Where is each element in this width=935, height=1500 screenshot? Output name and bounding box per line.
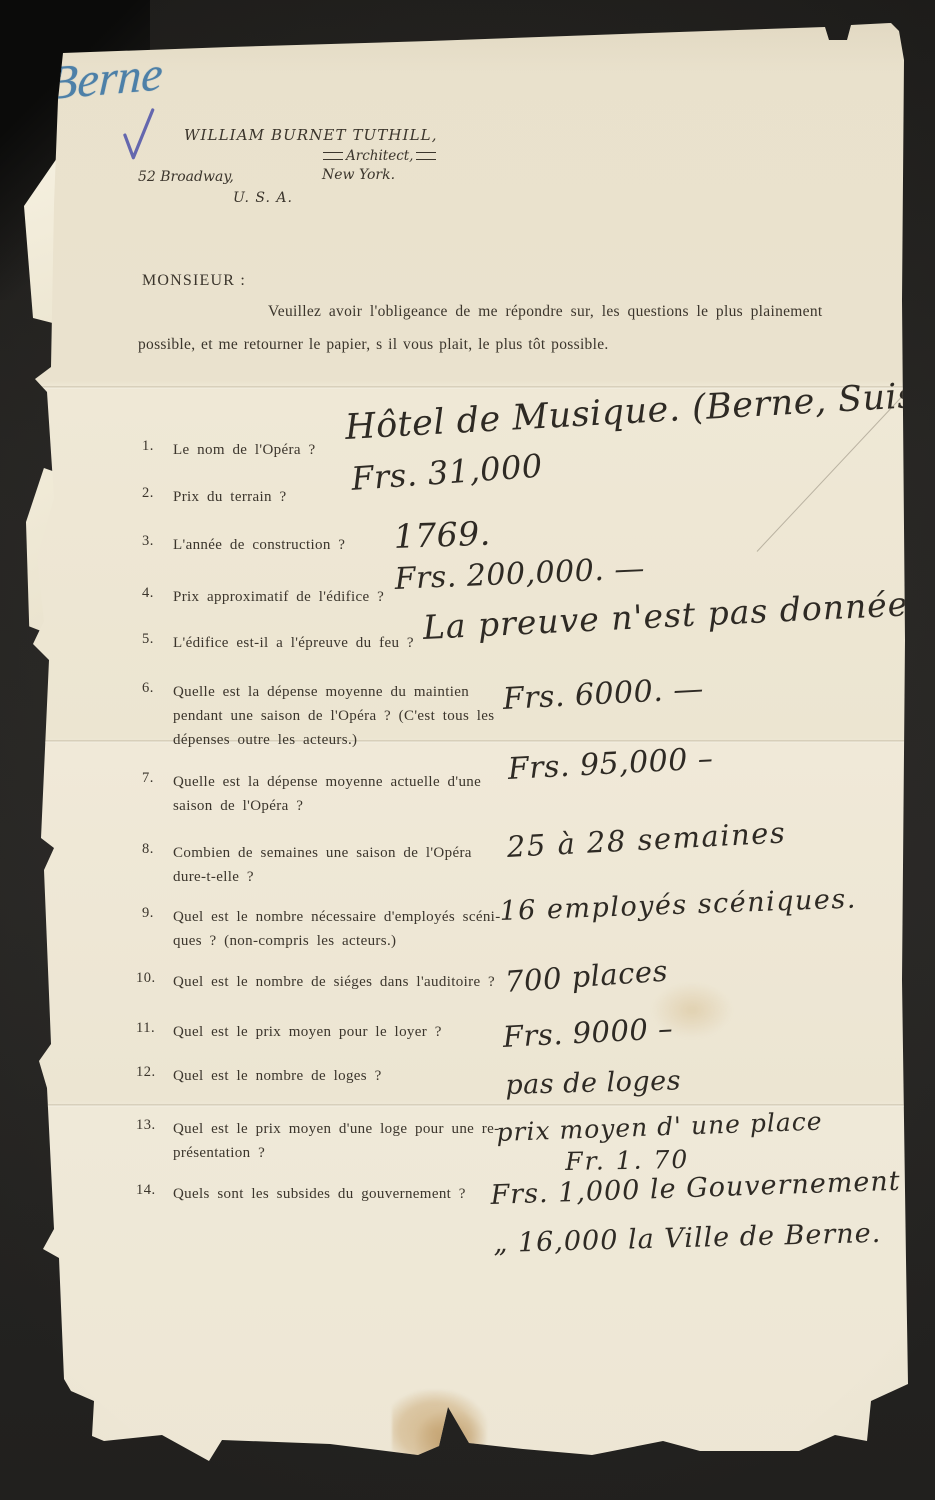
question-text-line: Quel est le nombre de siéges dans l'audi… [173,970,495,994]
answer-handwriting: Frs. 95,000 – [507,741,714,787]
letterhead-country: U. S. A. [233,190,293,206]
question-row: 14. Quels sont les subsides du gouvernem… [136,1182,466,1206]
question-number: 2. [142,485,168,509]
question-row: 11. Quel est le prix moyen pour le loyer… [136,1020,442,1044]
question-text-line: Quelle est la dépense moyenne du maintie… [173,680,494,704]
answer-handwriting: Fr. 1. 70 [565,1145,690,1176]
question-number: 8. [142,841,168,889]
question-number: 5. [142,631,168,655]
letterhead-title-row: Architect, [320,148,439,164]
question-number: 4. [142,585,168,609]
question-text-line: Quel est le prix moyen pour le loyer ? [173,1020,442,1044]
letterhead-street: 52 Broadway, [138,169,234,185]
question-number: 12. [136,1064,168,1088]
answer-handwriting: Hôtel de Musique. (Berne, Suisse) [344,373,935,448]
answer-handwriting: 25 à 28 semaines [506,815,787,864]
location-note-handwriting: Berne [47,46,164,111]
question-number: 9. [142,905,168,953]
answer-handwriting: Frs. 9000 – [502,1011,674,1054]
intro-line: Veuillez avoir l'obligeance de me répond… [268,303,823,321]
question-text-line: L'édifice est-il a l'épreuve du feu ? [173,631,414,655]
question-text-line: Combien de semaines une saison de l'Opér… [173,841,472,865]
salutation: MONSIEUR : [142,272,246,290]
question-text-line: dépenses outre les acteurs.) [173,728,494,752]
answer-handwriting: 700 places [504,954,669,999]
answer-handwriting: La preuve n'est pas donnée [422,584,909,647]
question-text-line: ques ? (non-compris les acteurs.) [173,929,501,953]
answer-handwriting: 1769. [393,514,491,556]
answer-handwriting: 16 employés scéniques. [499,884,857,927]
question-number: 14. [136,1182,168,1206]
question-text-line: Quel est le nombre nécessaire d'employés… [173,905,501,929]
question-text-line: Quel est le nombre de loges ? [173,1064,382,1088]
question-row: 9. Quel est le nombre nécessaire d'emplo… [142,905,501,953]
double-rule [323,152,343,160]
answer-handwriting: Frs. 6000. — [502,671,705,716]
double-rule [416,152,436,160]
question-text-line: dure-t-elle ? [173,865,472,889]
question-text-line: Quelle est la dépense moyenne actuelle d… [173,770,481,794]
checkmark-icon [120,105,156,163]
question-row: 10. Quel est le nombre de siéges dans l'… [136,970,495,994]
letter-paper: Berne WILLIAM BURNET TUTHILL, Architect,… [0,0,935,1500]
question-number: 6. [142,680,168,752]
question-text-line: Quels sont les subsides du gouvernement … [173,1182,466,1206]
question-row: 5. L'édifice est-il a l'épreuve du feu ? [142,631,414,655]
question-number: 7. [142,770,168,818]
answer-handwriting: Frs. 1,000 le Gouvernement [490,1166,901,1211]
stain [392,1390,487,1470]
letterhead-name: WILLIAM BURNET TUTHILL, [184,126,438,144]
question-number: 13. [136,1117,168,1165]
answer-handwriting: Frs. 200,000. — [394,551,646,597]
scanned-document-page: Berne WILLIAM BURNET TUTHILL, Architect,… [0,0,935,1500]
question-text-line: L'année de construction ? [173,533,345,557]
question-number: 11. [136,1020,168,1044]
question-text-line: Prix du terrain ? [173,485,287,509]
question-row: 8. Combien de semaines une saison de l'O… [142,841,472,889]
question-row: 1. Le nom de l'Opéra ? [142,438,315,462]
answer-handwriting: prix moyen d' une place [496,1107,823,1147]
answer-handwriting: Frs. 31,000 [350,447,544,498]
question-number: 1. [142,438,168,462]
question-text-line: Le nom de l'Opéra ? [173,438,315,462]
question-number: 10. [136,970,168,994]
intro-line: possible, et me retourner le papier, s i… [138,336,609,354]
question-text-line: Quel est le prix moyen d'une loge pour u… [173,1117,499,1141]
letterhead-city: New York. [322,167,395,183]
question-row: 2. Prix du terrain ? [142,485,287,509]
fold-crease [42,1104,904,1107]
question-text-line: Prix approximatif de l'édifice ? [173,585,384,609]
question-row: 7. Quelle est la dépense moyenne actuell… [142,770,481,818]
answer-handwriting: pas de loges [505,1065,681,1101]
question-row: 6. Quelle est la dépense moyenne du main… [142,680,494,752]
question-row: 3. L'année de construction ? [142,533,345,557]
answer-handwriting: „ 16,000 la Ville de Berne. [493,1218,882,1259]
question-row: 4. Prix approximatif de l'édifice ? [142,585,384,609]
question-text-line: présentation ? [173,1141,499,1165]
question-number: 3. [142,533,168,557]
question-row: 12. Quel est le nombre de loges ? [136,1064,382,1088]
question-row: 13. Quel est le prix moyen d'une loge po… [136,1117,499,1165]
letterhead-title: Architect, [346,148,413,164]
question-text-line: pendant une saison de l'Opéra ? (C'est t… [173,704,494,728]
question-text-line: saison de l'Opéra ? [173,794,481,818]
